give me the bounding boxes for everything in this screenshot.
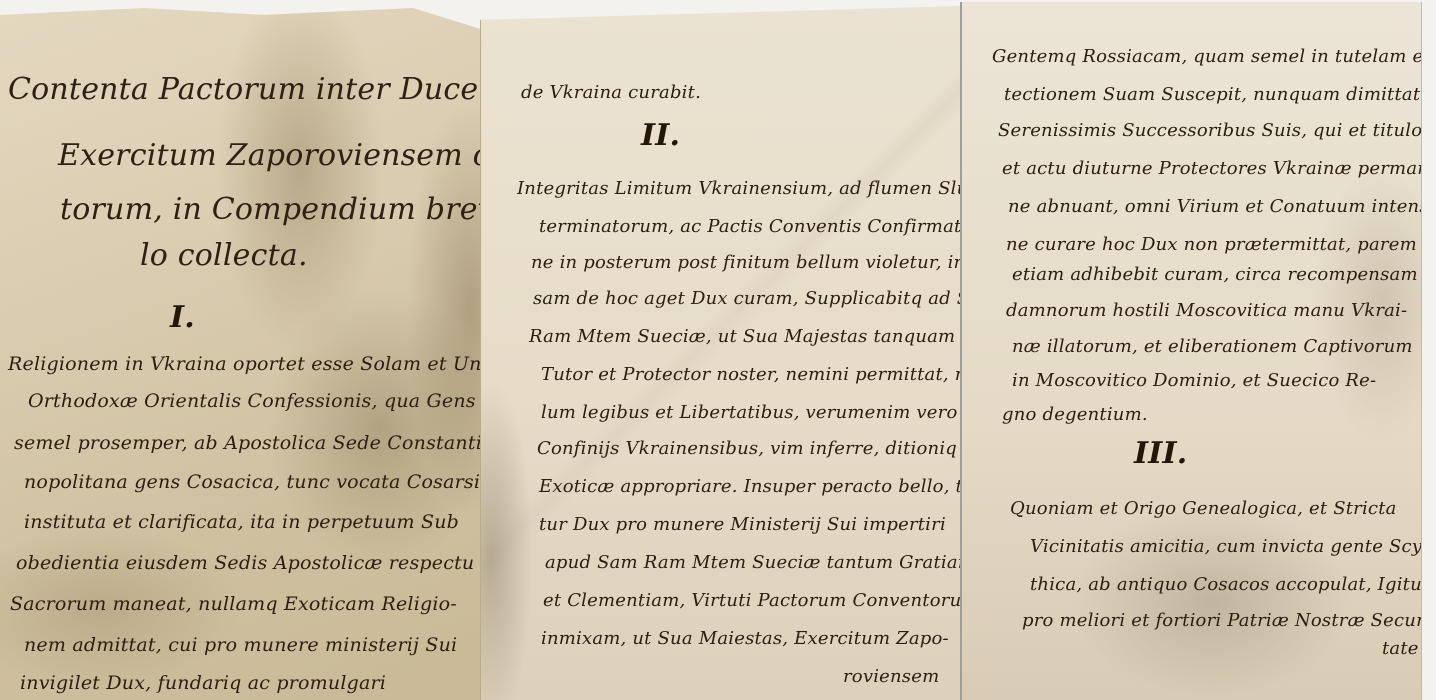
text-line: Vicinitatis amicitia, cum invicta gente … (1030, 536, 1422, 557)
text-line: Ram Mtem Sueciæ, ut Sua Majestas tanquam (529, 326, 955, 347)
section-numeral-2: II. (641, 118, 680, 153)
text-line: thica, ab antiquo Cosacos accopulat, Igi… (1030, 574, 1422, 595)
text-line: ne curare hoc Dux non prætermittat, pare… (1006, 234, 1417, 255)
text-line: instituta et clarificata, ita in perpetu… (24, 511, 459, 533)
text-line: Tutor et Protector noster, nemini permit… (541, 364, 960, 385)
text-line: et actu diuturne Protectores Vkrainæ per… (1002, 158, 1422, 179)
page-title-line-2: Exercitum Zaporoviensem conven- (58, 138, 480, 173)
text-line: damnorum hostili Moscovitica manu Vkrai- (1006, 300, 1407, 321)
text-line: semel prosemper, ab Apostolica Sede Cons… (14, 432, 480, 454)
text-line: obedientia eiusdem Sedis Apostolicæ resp… (16, 552, 474, 574)
text-line: ne abnuant, omni Virium et Conatuum inte… (1008, 196, 1422, 217)
text-line: nem admittat, cui pro munere ministerij … (24, 634, 457, 656)
text-line: Confinijs Vkrainensibus, vim inferre, di… (537, 438, 957, 459)
text-line: et Clementiam, Virtuti Pactorum Convento… (543, 590, 960, 611)
page-title-line-3: torum, in Compendium brevi Sty (60, 192, 480, 227)
manuscript-spread: Contenta Pactorum inter Ducem et Exercit… (0, 0, 1436, 700)
text-line: nopolitana gens Cosacica, tunc vocata Co… (24, 471, 480, 493)
text-line: terminatorum, ac Pactis Conventis Confir… (539, 216, 960, 237)
text-line: ne in posterum post finitum bellum viole… (531, 252, 960, 273)
text-line: roviensem (843, 666, 939, 687)
text-line: de Vkraina curabit. (521, 82, 701, 103)
text-line: Exoticæ appropriare. Insuper peracto bel… (539, 476, 960, 497)
manuscript-page-1: Contenta Pactorum inter Ducem et Exercit… (0, 8, 480, 700)
text-line: apud Sam Ram Mtem Sueciæ tantum Gratiam (545, 552, 960, 573)
text-line: tectionem Suam Suscepit, nunquam dimitta… (1004, 84, 1422, 105)
text-line: pro meliori et fortiori Patriæ Nostræ Se… (1022, 610, 1422, 631)
text-line: tate (1382, 638, 1419, 659)
text-line: lum legibus et Libertatibus, verumenim v… (541, 402, 960, 423)
text-line: næ illatorum, et eliberationem Captivoru… (1012, 336, 1413, 357)
text-line: Quoniam et Origo Genealogica, et Stricta (1010, 498, 1397, 519)
text-line: invigilet Dux, fundariq ac promulgari (20, 672, 386, 694)
text-line: Serenissimis Successoribus Suis, qui et … (998, 120, 1422, 141)
text-line: Religionem in Vkraina oportet esse Solam… (8, 353, 480, 375)
text-line: Orthodoxæ Orientalis Confessionis, qua G… (28, 390, 476, 412)
manuscript-page-3: Gentemq Rossiacam, quam semel in tutelam… (960, 2, 1422, 700)
page-title-line-4: lo collecta. (140, 238, 308, 273)
text-line: in Moscovitico Dominio, et Suecico Re- (1012, 370, 1376, 391)
text-line: sam de hoc aget Dux curam, Supplicabitq … (533, 288, 960, 309)
text-line: inmixam, ut Sua Maiestas, Exercitum Zapo… (541, 628, 949, 649)
text-line: etiam adhibebit curam, circa recompensam (1012, 264, 1418, 285)
section-numeral-3: III. (1134, 436, 1187, 471)
text-line: Integritas Limitum Vkrainensium, ad flum… (517, 178, 960, 199)
text-line: Sacrorum maneat, nullamq Exoticam Religi… (10, 593, 457, 615)
page-title-line-1: Contenta Pactorum inter Ducem et (8, 72, 480, 107)
text-line: Gentemq Rossiacam, quam semel in tutelam… (992, 46, 1422, 67)
text-line: gno degentium. (1002, 404, 1148, 425)
manuscript-page-2: de Vkraina curabit. II. Integritas Limit… (480, 6, 960, 700)
section-numeral-1: I. (170, 300, 195, 335)
text-line: tur Dux pro munere Ministerij Sui impert… (539, 514, 946, 535)
